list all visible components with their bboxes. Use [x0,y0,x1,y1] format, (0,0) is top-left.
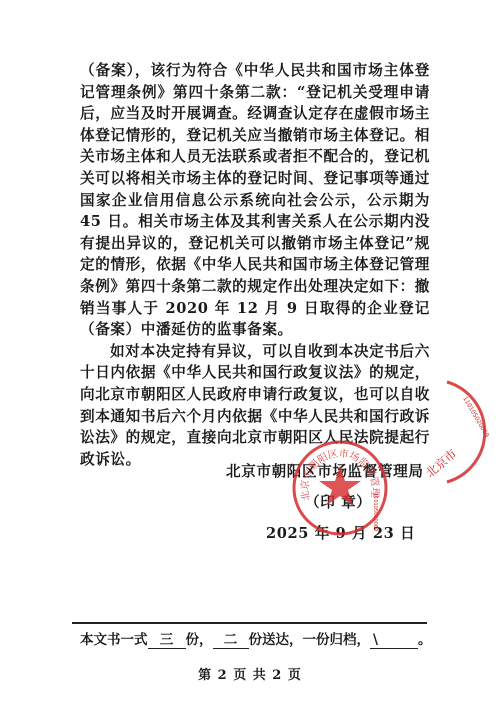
svg-text:110105020069: 110105020069 [372,493,378,531]
copies-prefix: 本文书一式 [80,632,148,648]
official-seal-icon: 北京市朝阳区市场监督管理局 110105020069 [290,438,390,538]
copies-delivered: 二 [213,633,249,649]
paragraph-decision: （备案），该行为符合《中华人民共和国市场主体登记管理条例》第四十条第二款：“登记… [80,60,430,341]
footer-divider [72,622,427,624]
document-body: （备案），该行为符合《中华人民共和国市场主体登记管理条例》第四十条第二款：“登记… [80,60,430,470]
copies-suffix: 。 [418,632,432,648]
page-number: 第 2 页 共 2 页 [0,664,500,683]
document-page: （备案），该行为符合《中华人民共和国市场主体登记管理条例》第四十条第二款：“登记… [0,0,500,707]
copies-mid2: 份送达，一份归档， [249,632,371,648]
copies-line: 本文书一式三份，二份送达，一份归档，\。 [80,628,432,649]
copies-total: 三 [148,633,186,649]
copies-mid1: 份， [186,632,213,648]
copies-other: \ [370,633,418,649]
edge-seal-icon: 110105020069 北京市 [425,378,500,488]
svg-text:北京市: 北京市 [425,446,460,481]
